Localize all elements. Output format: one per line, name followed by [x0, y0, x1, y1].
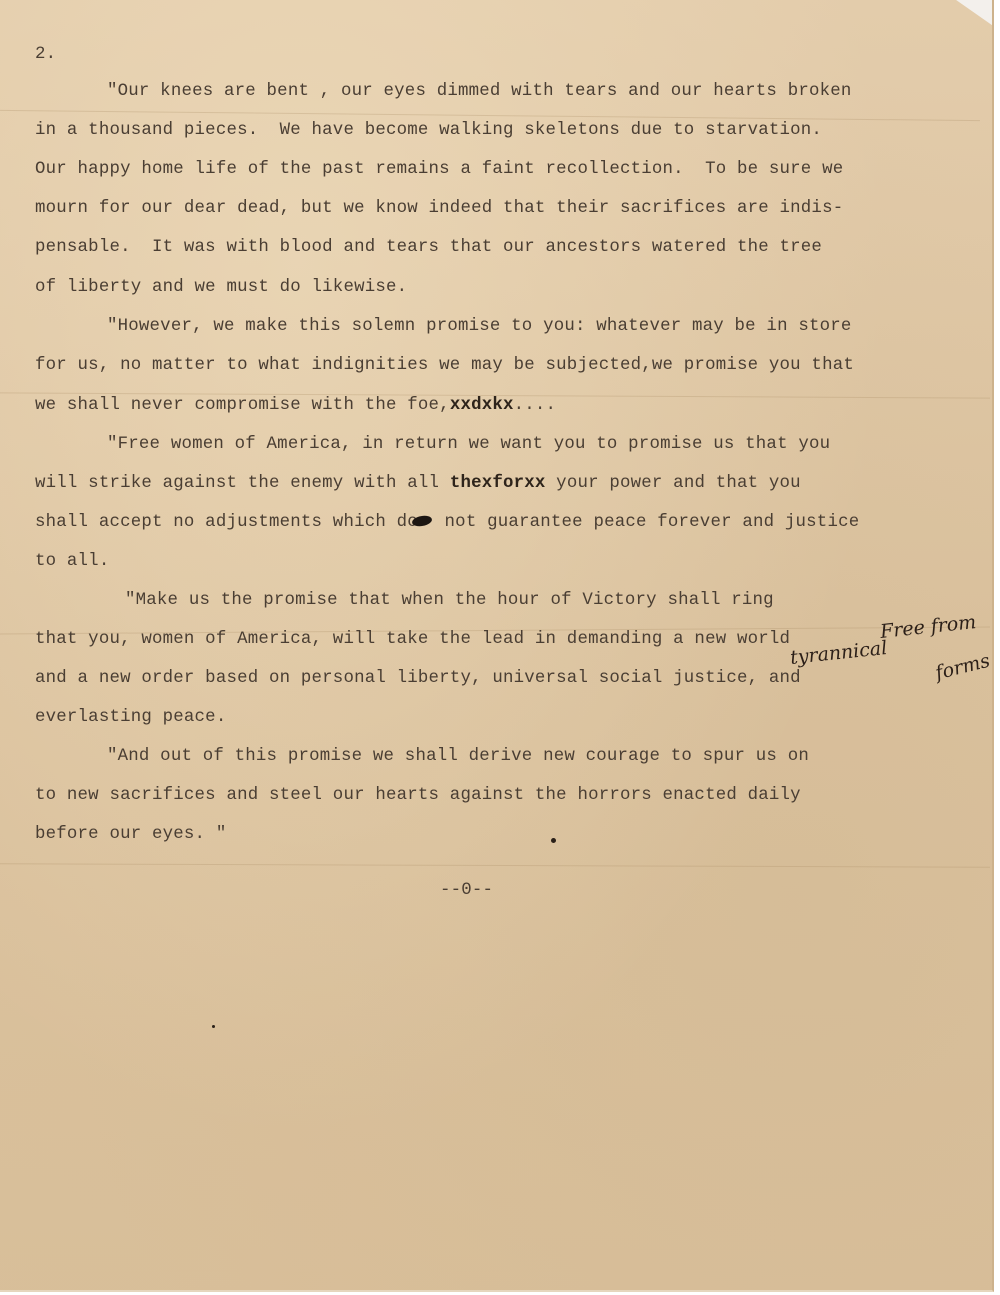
struck-out-text: xxdxkx	[450, 396, 514, 415]
text-line: that you, women of America, will take th…	[35, 629, 790, 651]
page-number: 2.	[35, 44, 56, 66]
torn-corner	[956, 0, 992, 30]
text-line: "Our knees are bent , our eyes dimmed wi…	[35, 81, 852, 103]
text-line: pensable. It was with blood and tears th…	[35, 237, 822, 259]
text-segment: shall accept no adjustments which do	[35, 513, 418, 532]
text-line: Our happy home life of the past remains …	[35, 159, 843, 181]
text-line: to all.	[35, 551, 109, 573]
handwritten-annotation-line2: tyrannical	[789, 637, 888, 669]
text-line: everlasting peace.	[35, 707, 226, 729]
text-segment: not guarantee peace forever and justice	[434, 513, 859, 532]
text-line: we shall never compromise with the foe,x…	[35, 395, 556, 417]
text-segment: will strike against the enemy with all	[35, 474, 450, 493]
text-line: and a new order based on personal libert…	[35, 668, 801, 690]
struck-out-text: thexforxx	[450, 474, 546, 493]
text-line: to new sacrifices and steel our hearts a…	[35, 785, 801, 807]
text-line: in a thousand pieces. We have become wal…	[35, 120, 822, 142]
text-segment: we shall never compromise with the foe,	[35, 396, 450, 415]
document-page: 2. "Our knees are bent , our eyes dimmed…	[0, 0, 994, 1292]
text-segment: your power and that you	[546, 474, 801, 493]
end-mark: --0--	[440, 881, 493, 900]
ellipsis: ....	[514, 396, 557, 415]
text-line: of liberty and we must do likewise.	[35, 277, 407, 299]
handwritten-annotation-line3: forms	[933, 650, 992, 685]
ink-speck	[551, 838, 556, 843]
text-line: for us, no matter to what indignities we…	[35, 355, 854, 377]
text-line: will strike against the enemy with all t…	[35, 473, 801, 495]
text-line: "And out of this promise we shall derive…	[35, 746, 809, 768]
text-line: "However, we make this solemn promise to…	[35, 316, 852, 338]
text-line: mourn for our dear dead, but we know ind…	[35, 198, 843, 220]
text-line: before our eyes. "	[35, 824, 226, 846]
text-line: shall accept no adjustments which do not…	[35, 512, 859, 534]
handwritten-annotation-line1: Free from	[879, 611, 977, 643]
text-line: "Free women of America, in return we wan…	[35, 434, 830, 456]
ink-speck	[212, 1025, 215, 1028]
paper-crease	[0, 863, 990, 867]
text-line: "Make us the promise that when the hour …	[35, 590, 774, 612]
